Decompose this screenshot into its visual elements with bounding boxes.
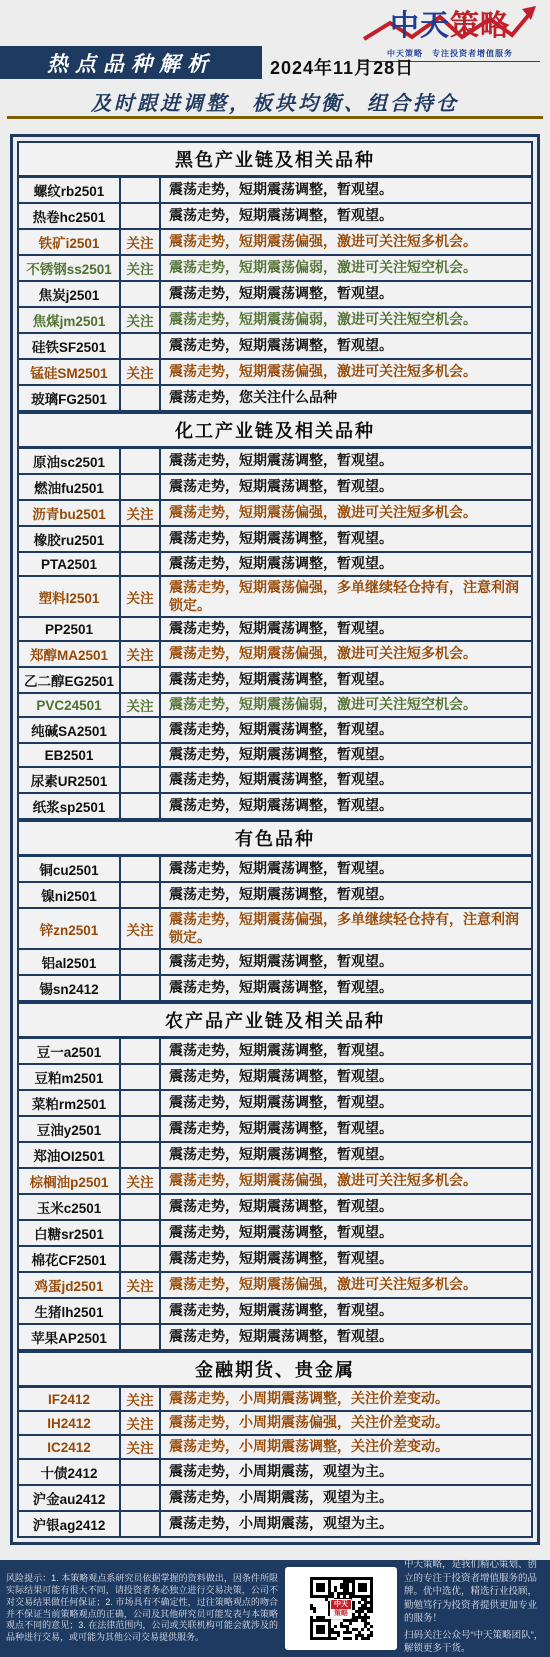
table-row: 菜粕rm2501震荡走势，短期震荡调整，暂观望。 [19,1091,531,1117]
variety-name: 燃油fu2501 [19,475,121,499]
analysis-text: 震荡走势，短期震荡偏弱，激进可关注短空机会。 [161,256,531,280]
table-row: 生猪lh2501震荡走势，短期震荡调整，暂观望。 [19,1299,531,1325]
watch-tag: 关注 [121,577,161,616]
watch-tag [121,1195,161,1219]
watch-tag [121,386,161,410]
variety-name: PP2501 [19,618,121,640]
watch-tag [121,1221,161,1245]
variety-name: 豆油y2501 [19,1117,121,1141]
analysis-text: 震荡走势，短期震荡调整，暂观望。 [161,282,531,306]
report-subtitle: 及时跟进调整，板块均衡、组合持仓 [0,87,550,116]
table-row: PP2501震荡走势，短期震荡调整，暂观望。 [19,618,531,642]
table-row: PVC24501关注震荡走势，短期震荡偏弱，激进可关注短空机会。 [19,694,531,718]
watch-tag [121,1325,161,1349]
watch-tag [121,768,161,792]
analysis-text: 震荡走势，短期震荡调整，暂观望。 [161,950,531,974]
analysis-text: 震荡走势，您关注什么品种 [161,386,531,410]
table-row: 锡sn2412震荡走势，短期震荡调整，暂观望。 [19,976,531,1002]
watch-tag: 关注 [121,909,161,948]
variety-name: 原油sc2501 [19,449,121,473]
table-row: IC2412关注震荡走势，小周期震荡调整，关注价差变动。 [19,1436,531,1460]
analysis-text: 震荡走势，短期震荡偏强，激进可关注短多机会。 [161,1273,531,1297]
analysis-text: 震荡走势，短期震荡偏强，激进可关注短多机会。 [161,642,531,666]
table-row: 燃油fu2501震荡走势，短期震荡调整，暂观望。 [19,475,531,501]
table-row: 白糖sr2501震荡走势，短期震荡调整，暂观望。 [19,1221,531,1247]
table-section: 金融期货、贵金属IF2412关注震荡走势，小周期震荡调整，关注价差变动。IH24… [19,1351,531,1536]
table-row: 硅铁SF2501震荡走势，短期震荡调整，暂观望。 [19,334,531,360]
watch-tag [121,1512,161,1536]
variety-name: IF2412 [19,1388,121,1410]
variety-name: PVC24501 [19,694,121,716]
variety-name: 菜粕rm2501 [19,1091,121,1115]
variety-name: 豆粕m2501 [19,1065,121,1089]
table-row: 沪金au2412震荡走势，小周期震荡，观望为主。 [19,1486,531,1512]
watch-tag [121,1117,161,1141]
variety-name: 棉花CF2501 [19,1247,121,1271]
variety-name: 郑油OI2501 [19,1143,121,1167]
watch-tag [121,1460,161,1484]
variety-name: 郑醇MA2501 [19,642,121,666]
variety-name: 塑料l2501 [19,577,121,616]
watch-tag [121,976,161,1000]
table-row: 热卷hc2501震荡走势，短期震荡调整，暂观望。 [19,204,531,230]
table-row: 锰硅SM2501关注震荡走势，短期震荡偏强，激进可关注短多机会。 [19,360,531,386]
table-section: 有色品种铜cu2501震荡走势，短期震荡调整，暂观望。镍ni2501震荡走势，短… [19,820,531,1002]
analysis-text: 震荡走势，短期震荡调整，暂观望。 [161,178,531,202]
watch-tag [121,668,161,692]
analysis-text: 震荡走势，短期震荡偏强，多单继续轻仓持有，注意利润锁定。 [161,577,531,616]
table-row: 沪银ag2412震荡走势，小周期震荡，观望为主。 [19,1512,531,1536]
table-section: 黑色产业链及相关品种螺纹rb2501震荡走势，短期震荡调整，暂观望。热卷hc25… [19,143,531,412]
table-row: 螺纹rb2501震荡走势，短期震荡调整，暂观望。 [19,178,531,204]
table-row: 不锈钢ss2501关注震荡走势，短期震荡偏弱，激进可关注短空机会。 [19,256,531,282]
analysis-text: 震荡走势，短期震荡调整，暂观望。 [161,449,531,473]
section-title: 黑色产业链及相关品种 [19,143,531,178]
qr-center-logo: 中天 策略 [330,1599,352,1619]
table-row: 乙二醇EG2501震荡走势，短期震荡调整，暂观望。 [19,668,531,694]
watch-tag [121,204,161,228]
table-row: 豆一a2501震荡走势，短期震荡调整，暂观望。 [19,1039,531,1065]
variety-name: 苹果AP2501 [19,1325,121,1349]
table-row: 玻璃FG2501震荡走势，您关注什么品种 [19,386,531,412]
watch-tag [121,334,161,358]
analysis-text: 震荡走势，短期震荡调整，暂观望。 [161,553,531,575]
watch-tag: 关注 [121,308,161,332]
variety-name: 沪银ag2412 [19,1512,121,1536]
section-title: 化工产业链及相关品种 [19,412,531,449]
table-section: 化工产业链及相关品种原油sc2501震荡走势，短期震荡调整，暂观望。燃油fu25… [19,412,531,820]
watch-tag [121,1039,161,1063]
watch-tag: 关注 [121,501,161,525]
variety-name: 鸡蛋jd2501 [19,1273,121,1297]
variety-name: 铝al2501 [19,950,121,974]
table-row: EB2501震荡走势，短期震荡调整，暂观望。 [19,744,531,768]
watch-tag [121,1299,161,1323]
watch-tag [121,1486,161,1510]
table-row: 苹果AP2501震荡走势，短期震荡调整，暂观望。 [19,1325,531,1351]
watch-tag [121,1091,161,1115]
variety-name: IH2412 [19,1412,121,1434]
variety-name: 豆一a2501 [19,1039,121,1063]
table-row: 豆粕m2501震荡走势，短期震荡调整，暂观望。 [19,1065,531,1091]
variety-name: 生猪lh2501 [19,1299,121,1323]
analysis-text: 震荡走势，短期震荡调整，暂观望。 [161,334,531,358]
table-row: 棕榈油p2501关注震荡走势，短期震荡偏强，激进可关注短多机会。 [19,1169,531,1195]
brand-name-blue: 中天 [390,10,450,42]
risk-disclaimer: 风险提示：1. 本策略观点系研究员依据掌握的资料做出，因条件所限实际结果可能有很… [6,1573,278,1643]
brand-name: 中天策略 [360,6,540,46]
table-row: IH2412关注震荡走势，小周期震荡偏强，关注价差变动。 [19,1412,531,1436]
analysis-text: 震荡走势，小周期震荡偏强，关注价差变动。 [161,1412,531,1434]
watch-tag [121,449,161,473]
table-row: IF2412关注震荡走势，小周期震荡调整，关注价差变动。 [19,1388,531,1412]
table-row: 铜cu2501震荡走势，短期震荡调整，暂观望。 [19,857,531,883]
watch-tag: 关注 [121,1169,161,1193]
analysis-text: 震荡走势，短期震荡调整，暂观望。 [161,1221,531,1245]
analysis-text: 震荡走势，短期震荡调整，暂观望。 [161,1065,531,1089]
watch-tag: 关注 [121,642,161,666]
analysis-text: 震荡走势，小周期震荡调整，关注价差变动。 [161,1388,531,1410]
table-row: 纸浆sp2501震荡走势，短期震荡调整，暂观望。 [19,794,531,820]
analysis-text: 震荡走势，小周期震荡，观望为主。 [161,1460,531,1484]
table-row: 焦煤jm2501关注震荡走势，短期震荡偏弱，激进可关注短空机会。 [19,308,531,334]
watch-tag [121,857,161,881]
analysis-table: 黑色产业链及相关品种螺纹rb2501震荡走势，短期震荡调整，暂观望。热卷hc25… [10,134,540,1545]
watch-tag [121,1247,161,1271]
table-row: PTA2501震荡走势，短期震荡调整，暂观望。 [19,553,531,577]
analysis-text: 震荡走势，短期震荡偏强，激进可关注短多机会。 [161,230,531,254]
watch-tag: 关注 [121,694,161,716]
variety-name: 铁矿i2501 [19,230,121,254]
table-row: 鸡蛋jd2501关注震荡走势，短期震荡偏强，激进可关注短多机会。 [19,1273,531,1299]
variety-name: IC2412 [19,1436,121,1458]
table-row: 沥青bu2501关注震荡走势，短期震荡偏强，激进可关注短多机会。 [19,501,531,527]
analysis-text: 震荡走势，短期震荡调整，暂观望。 [161,744,531,766]
section-title: 农产品产业链及相关品种 [19,1002,531,1039]
watch-tag [121,1065,161,1089]
analysis-text: 震荡走势，短期震荡调整，暂观望。 [161,976,531,1000]
analysis-text: 震荡走势，短期震荡调整，暂观望。 [161,718,531,742]
watch-tag [121,282,161,306]
watch-tag [121,618,161,640]
variety-name: 沪金au2412 [19,1486,121,1510]
analysis-text: 震荡走势，小周期震荡，观望为主。 [161,1512,531,1536]
brand-intro-text: 中天策略，是我们精心策划、创立的专注于投资者增值服务的品牌。优中选优，精选行业投… [404,1558,544,1625]
table-row: 十债2412震荡走势，小周期震荡，观望为主。 [19,1460,531,1486]
variety-name: 沥青bu2501 [19,501,121,525]
variety-name: 焦煤jm2501 [19,308,121,332]
table-row: 塑料l2501关注震荡走势，短期震荡偏强，多单继续轻仓持有，注意利润锁定。 [19,577,531,618]
variety-name: 棕榈油p2501 [19,1169,121,1193]
watch-tag [121,1143,161,1167]
analysis-text: 震荡走势，短期震荡调整，暂观望。 [161,794,531,818]
qr-logo-bottom-label: 策略 [331,1609,351,1618]
watch-tag [121,883,161,907]
variety-name: 不锈钢ss2501 [19,256,121,280]
analysis-text: 震荡走势，短期震荡调整，暂观望。 [161,1143,531,1167]
analysis-text: 震荡走势，短期震荡调整，暂观望。 [161,1247,531,1271]
report-date: 2024年11月28日 [270,54,414,80]
variety-name: 玉米c2501 [19,1195,121,1219]
variety-name: 镍ni2501 [19,883,121,907]
watch-tag [121,794,161,818]
analysis-text: 震荡走势，短期震荡偏强，激进可关注短多机会。 [161,1169,531,1193]
variety-name: 硅铁SF2501 [19,334,121,358]
table-row: 豆油y2501震荡走势，短期震荡调整，暂观望。 [19,1117,531,1143]
analysis-text: 震荡走势，短期震荡调整，暂观望。 [161,1117,531,1141]
variety-name: 十债2412 [19,1460,121,1484]
variety-name: 螺纹rb2501 [19,178,121,202]
variety-name: 橡胶ru2501 [19,527,121,551]
analysis-text: 震荡走势，小周期震荡调整，关注价差变动。 [161,1436,531,1458]
table-row: 尿素UR2501震荡走势，短期震荡调整，暂观望。 [19,768,531,794]
analysis-text: 震荡走势，短期震荡调整，暂观望。 [161,475,531,499]
analysis-text: 震荡走势，短期震荡调整，暂观望。 [161,1091,531,1115]
analysis-text: 震荡走势，短期震荡偏弱，激进可关注短空机会。 [161,694,531,716]
watch-tag [121,744,161,766]
scan-hint-text: 扫码关注公众号“中天策略团队”，解锁更多干货。 [404,1629,544,1656]
table-row: 镍ni2501震荡走势，短期震荡调整，暂观望。 [19,883,531,909]
watch-tag: 关注 [121,230,161,254]
variety-name: 乙二醇EG2501 [19,668,121,692]
page-title-banner: 热点品种解析 [0,46,262,79]
watch-tag: 关注 [121,1436,161,1458]
variety-name: EB2501 [19,744,121,766]
analysis-text: 震荡走势，短期震荡调整，暂观望。 [161,1299,531,1323]
section-title: 有色品种 [19,820,531,857]
variety-name: 纸浆sp2501 [19,794,121,818]
brand-note: 中天策略，是我们精心策划、创立的专注于投资者增值服务的品牌。优中选优，精选行业投… [404,1558,544,1657]
analysis-text: 震荡走势，短期震荡调整，暂观望。 [161,1325,531,1349]
table-row: 铁矿i2501关注震荡走势，短期震荡偏强，激进可关注短多机会。 [19,230,531,256]
analysis-text: 震荡走势，短期震荡偏强，激进可关注短多机会。 [161,501,531,525]
analysis-text: 震荡走势，短期震荡调整，暂观望。 [161,768,531,792]
section-title: 金融期货、贵金属 [19,1351,531,1388]
brand-name-red: 策略 [450,10,510,42]
variety-name: 尿素UR2501 [19,768,121,792]
table-row: 棉花CF2501震荡走势，短期震荡调整，暂观望。 [19,1247,531,1273]
table-section: 农产品产业链及相关品种豆一a2501震荡走势，短期震荡调整，暂观望。豆粕m250… [19,1002,531,1351]
analysis-text: 震荡走势，短期震荡偏弱，激进可关注短空机会。 [161,308,531,332]
watch-tag [121,950,161,974]
analysis-text: 震荡走势，短期震荡调整，暂观望。 [161,618,531,640]
watch-tag: 关注 [121,1273,161,1297]
variety-name: 热卷hc2501 [19,204,121,228]
variety-name: 铜cu2501 [19,857,121,881]
gold-divider [7,116,543,119]
qr-code: 中天 策略 [285,1567,397,1650]
analysis-table-body: 黑色产业链及相关品种螺纹rb2501震荡走势，短期震荡调整，暂观望。热卷hc25… [17,141,533,1538]
watch-tag: 关注 [121,256,161,280]
table-row: 原油sc2501震荡走势，短期震荡调整，暂观望。 [19,449,531,475]
table-row: 焦炭j2501震荡走势，短期震荡调整，暂观望。 [19,282,531,308]
table-row: 郑醇MA2501关注震荡走势，短期震荡偏强，激进可关注短多机会。 [19,642,531,668]
watch-tag: 关注 [121,1388,161,1410]
variety-name: 纯碱SA2501 [19,718,121,742]
table-row: 锌zn2501关注震荡走势，短期震荡偏强，多单继续轻仓持有，注意利润锁定。 [19,909,531,950]
variety-name: 锌zn2501 [19,909,121,948]
watch-tag [121,718,161,742]
variety-name: 锰硅SM2501 [19,360,121,384]
table-row: 玉米c2501震荡走势，短期震荡调整，暂观望。 [19,1195,531,1221]
footer: 风险提示：1. 本策略观点系研究员依据掌握的资料做出，因条件所限实际结果可能有很… [0,1560,550,1657]
watch-tag [121,553,161,575]
analysis-text: 震荡走势，短期震荡调整，暂观望。 [161,1039,531,1063]
qr-logo-top-label: 中天 [331,1600,351,1609]
variety-name: 玻璃FG2501 [19,386,121,410]
analysis-text: 震荡走势，短期震荡调整，暂观望。 [161,668,531,692]
analysis-text: 震荡走势，短期震荡调整，暂观望。 [161,1195,531,1219]
analysis-text: 震荡走势，短期震荡调整，暂观望。 [161,883,531,907]
analysis-text: 震荡走势，小周期震荡，观望为主。 [161,1486,531,1510]
table-row: 铝al2501震荡走势，短期震荡调整，暂观望。 [19,950,531,976]
analysis-text: 震荡走势，短期震荡调整，暂观望。 [161,527,531,551]
variety-name: PTA2501 [19,553,121,575]
variety-name: 焦炭j2501 [19,282,121,306]
watch-tag: 关注 [121,360,161,384]
table-row: 橡胶ru2501震荡走势，短期震荡调整，暂观望。 [19,527,531,553]
watch-tag [121,178,161,202]
variety-name: 白糖sr2501 [19,1221,121,1245]
analysis-text: 震荡走势，短期震荡偏强，激进可关注短多机会。 [161,360,531,384]
table-row: 纯碱SA2501震荡走势，短期震荡调整，暂观望。 [19,718,531,744]
watch-tag [121,527,161,551]
table-row: 郑油OI2501震荡走势，短期震荡调整，暂观望。 [19,1143,531,1169]
watch-tag [121,475,161,499]
analysis-text: 震荡走势，短期震荡偏强，多单继续轻仓持有，注意利润锁定。 [161,909,531,948]
analysis-text: 震荡走势，短期震荡调整，暂观望。 [161,204,531,228]
analysis-text: 震荡走势，短期震荡调整，暂观望。 [161,857,531,881]
watch-tag: 关注 [121,1412,161,1434]
variety-name: 锡sn2412 [19,976,121,1000]
